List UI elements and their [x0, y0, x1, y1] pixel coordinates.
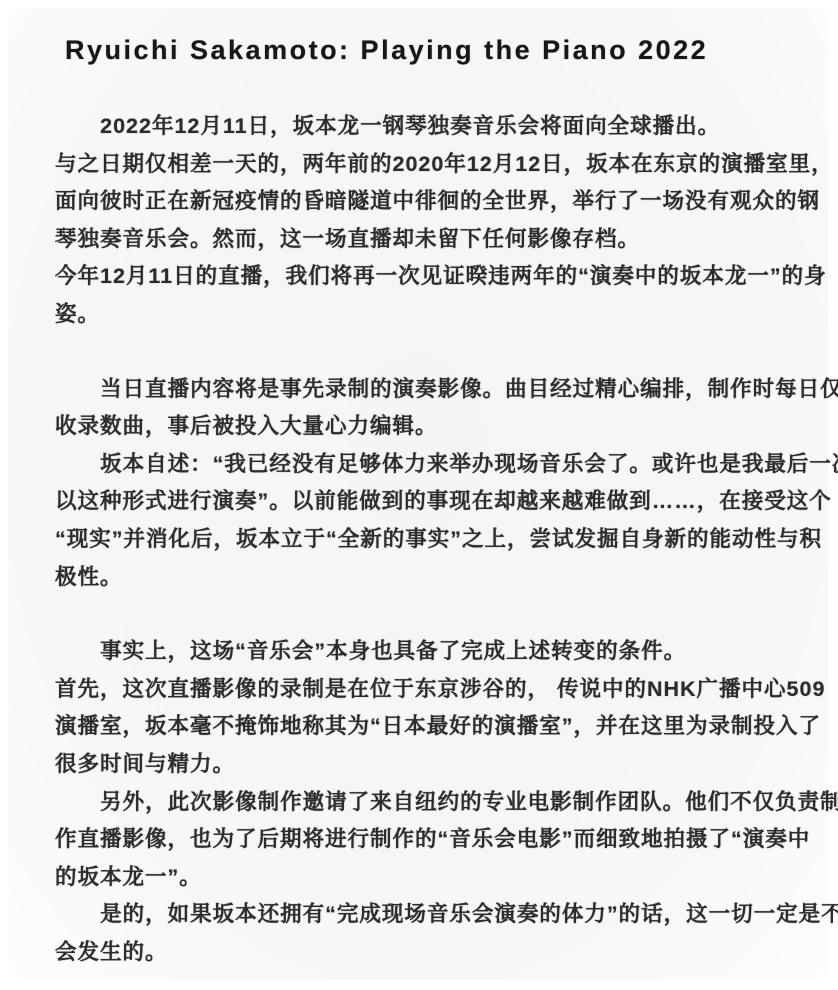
text-line: 当日直播内容将是事先录制的演奏影像。曲目经过精心编排，制作时每日仅	[55, 371, 780, 409]
paragraph-block: 当日直播内容将是事先录制的演奏影像。曲目经过精心编排，制作时每日仅收录数曲，事后…	[55, 371, 780, 597]
text-line: 的坂本龙一”。	[55, 859, 780, 897]
text-line: 收录数曲，事后被投入大量心力编辑。	[55, 408, 780, 446]
text-line: 很多时间与精力。	[55, 746, 780, 784]
text-line: 与之日期仅相差一天的，两年前的2020年12月12日，坂本在东京的演播室里，	[55, 146, 780, 184]
scanned-article-page: Ryuichi Sakamoto: Playing the Piano 2022…	[8, 8, 828, 980]
text-line: 坂本自述：“我已经没有足够体力来举办现场音乐会了。或许也是我最后一次	[55, 446, 780, 484]
text-line: 极性。	[55, 559, 780, 597]
text-line: “现实”并消化后，坂本立于“全新的事实”之上，尝试发掘自身新的能动性与积	[55, 521, 780, 559]
text-line: 姿。	[55, 296, 780, 334]
text-line: 首先，这次直播影像的录制是在位于东京涉谷的， 传说中的NHK广播中心509	[55, 671, 780, 709]
text-line: 琴独奏音乐会。然而，这一场直播却未留下任何影像存档。	[55, 221, 780, 259]
text-line: 2022年12月11日，坂本龙一钢琴独奏音乐会将面向全球播出。	[55, 108, 780, 146]
text-line: 今年12月11日的直播，我们将再一次见证暌违两年的“演奏中的坂本龙一”的身	[55, 258, 780, 296]
text-line: 会发生的。	[55, 934, 780, 972]
paragraph-block: 事实上，这场“音乐会”本身也具备了完成上述转变的条件。首先，这次直播影像的录制是…	[55, 633, 780, 971]
text-line: 事实上，这场“音乐会”本身也具备了完成上述转变的条件。	[55, 633, 780, 671]
paragraph-block: 2022年12月11日，坂本龙一钢琴独奏音乐会将面向全球播出。与之日期仅相差一天…	[55, 108, 780, 334]
text-line: 另外，此次影像制作邀请了来自纽约的专业电影制作团队。他们不仅负责制	[55, 784, 780, 822]
text-line: 面向彼时正在新冠疫情的昏暗隧道中徘徊的全世界，举行了一场没有观众的钢	[55, 183, 780, 221]
article-body: 2022年12月11日，坂本龙一钢琴独奏音乐会将面向全球播出。与之日期仅相差一天…	[55, 108, 780, 971]
text-line: 作直播影像，也为了后期将进行制作的“音乐会电影”而细致地拍摄了“演奏中	[55, 821, 780, 859]
text-line: 以这种形式进行演奏”。以前能做到的事现在却越来越难做到……，在接受这个	[55, 483, 780, 521]
text-line: 演播室，坂本毫不掩饰地称其为“日本最好的演播室”，并在这里为录制投入了	[55, 708, 780, 746]
text-line: 是的，如果坂本还拥有“完成现场音乐会演奏的体力”的话，这一切一定是不	[55, 896, 780, 934]
page-title: Ryuichi Sakamoto: Playing the Piano 2022	[8, 8, 828, 66]
